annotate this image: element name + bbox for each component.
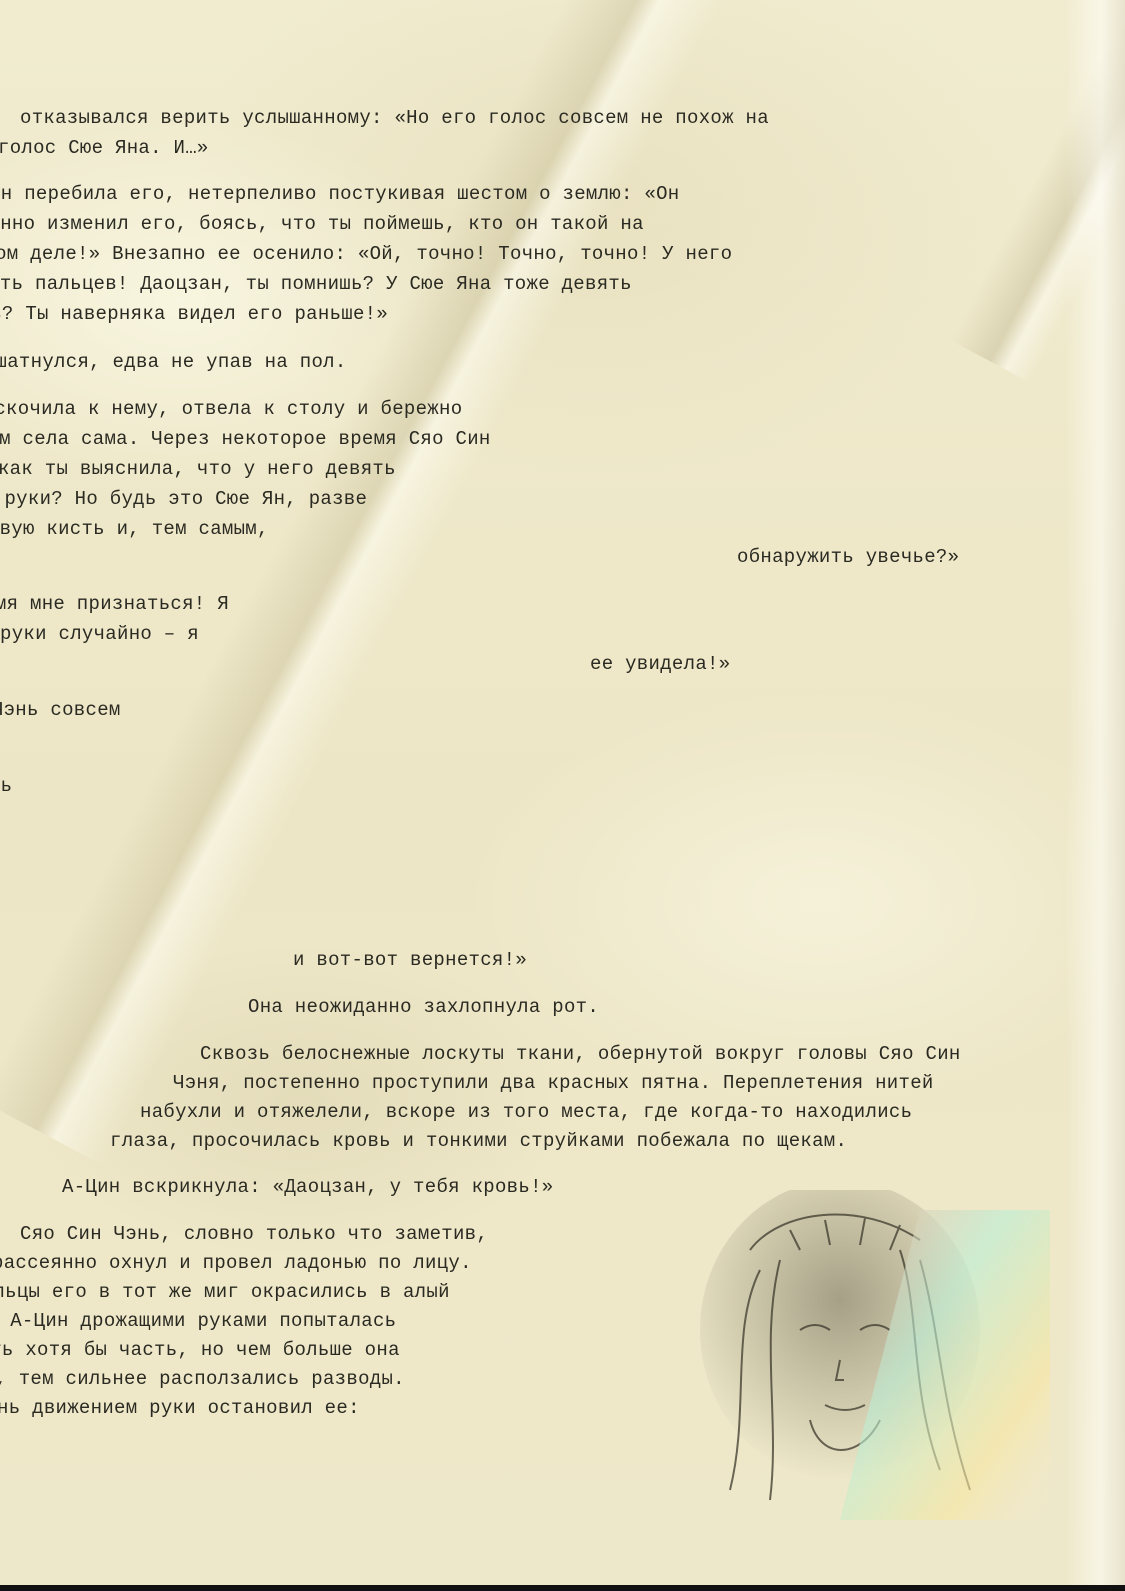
character-illustration [690,1190,1050,1520]
text-line: рассеянно охнул и провел ладонью по лицу… [0,1251,472,1275]
text-line: набухли и отяжелели, вскоре из того мест… [140,1100,912,1124]
page-edge [1065,0,1125,1591]
text-line: глаза, просочилась кровь и тонкими струй… [110,1129,847,1153]
text-line: голос Сюе Яна. И…» [0,136,209,160]
text-line: А-Цин вскрикнула: «Даоцзан, у тебя кровь… [62,1175,553,1199]
text-line: Она неожиданно захлопнула рот. [248,995,599,1019]
text-line: А-Цин перебила его, нетерпеливо постукив… [0,182,680,206]
text-line: Пальцы его в тот же миг окрасились в алы… [0,1280,450,1304]
text-line: же девять пальцев! Даоцзан, ты помнишь? … [0,272,632,296]
text-line: разрешил бы он тебе тронуть свою левую к… [0,517,269,541]
text-line: цвет. А-Цин дрожащими руками попыталась [0,1309,396,1333]
text-line: Сяо Син Чэнь, словно только что заметив, [20,1222,488,1246]
text-line: ее увидела!» [590,652,730,676]
text-line: вытереть хотя бы часть, но чем больше он… [0,1338,400,1362]
text-line: А-Цин стиснула зубы: «Даоцзан!.. Настало… [0,592,229,616]
text-line: Сяо Син Чэнь пошатнулся, едва не упав на… [0,350,347,374]
text-line: обнаружить увечье?» [737,545,959,569]
text-line: усадила мужчину, а затем села сама. Чере… [0,427,491,451]
text-line: пальцев? Ты наверняка видел его раньше!» [0,302,388,326]
page-bottom-border [0,1585,1125,1591]
text-line: Каждая ее фраза потрясала сильнее предыд… [0,698,121,722]
text-line: отказывался верить услышанному: «Но его … [20,106,769,130]
text-line: А-Цин торопливо подскочила к нему, отвел… [0,397,462,421]
text-line: пальцев? Случайно коснулась его руки? Но… [0,487,367,511]
text-line: Сяо Син Чэнь движением руки остановил ее… [0,1396,360,1420]
text-line: Чэнь заговорил: «А-Цин, но как ты выясни… [0,457,396,481]
text-line: Сквозь белоснежные лоскуты ткани, оберну… [200,1042,961,1066]
text-line: самом деле!» Внезапно ее осенило: «Ой, т… [0,242,732,266]
text-line: и вот-вот вернется!» [293,948,527,972]
text-line: не слепая. Я могу видеть! И я не коснула… [0,622,199,646]
text-line: намеренно изменил его, боясь, что ты пой… [0,212,644,236]
text-line: Несмотря на свой страх, А-Цин понимала, … [0,774,12,798]
text-line: Чэня, постепенно проступили два красных … [173,1071,934,1095]
text-line: старалась, тем сильнее расползались разв… [0,1367,405,1391]
